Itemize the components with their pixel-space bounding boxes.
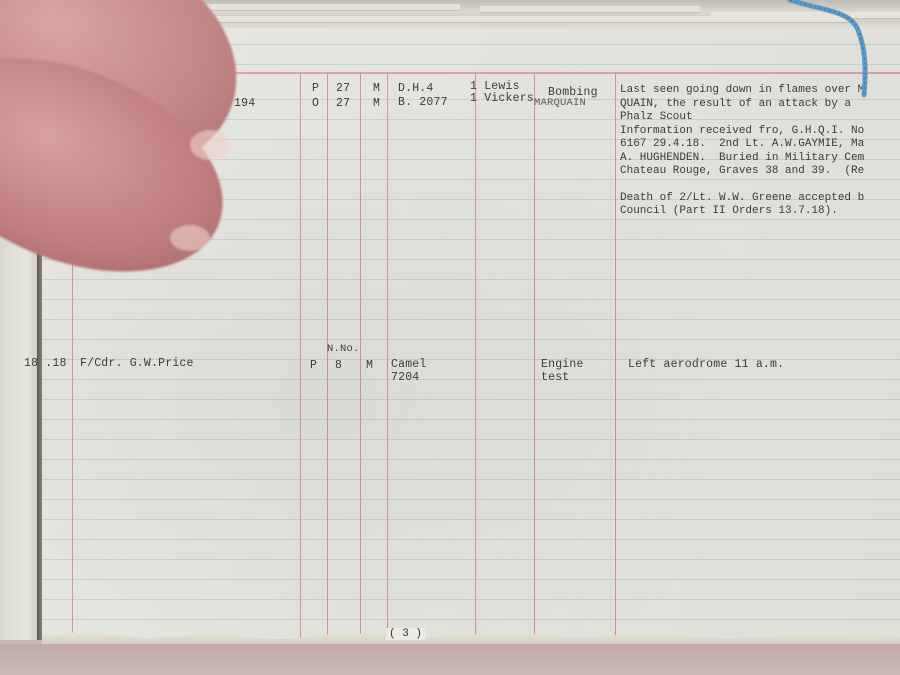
entry-remarks: Last seen going down in flames over M QU… — [620, 84, 900, 219]
entry-status: M — [373, 82, 380, 95]
entry-squadron-label: N.No. — [327, 343, 360, 356]
fingernail — [170, 225, 210, 251]
entry-name: F/Cdr. G.W.Price — [80, 357, 194, 370]
entry-status: M — [366, 359, 373, 372]
binding-string — [780, 0, 880, 100]
page-number: ( 3 ) — [386, 628, 425, 640]
column-rule-code — [300, 74, 301, 643]
entry-code: O — [312, 97, 319, 110]
entry-squadron: 27 — [336, 97, 350, 110]
column-rule-machine — [387, 74, 388, 643]
entry-machine-type: Camel — [391, 358, 427, 371]
entry-machine-serial: 7204 — [391, 371, 419, 384]
entry-status: M — [373, 97, 380, 110]
remark-line: 6167 29.4.18. 2nd Lt. A.W.GAYMIE, Ma — [620, 138, 900, 152]
column-rule-armament — [475, 74, 476, 643]
entry-squadron: 27 — [336, 82, 350, 95]
fingernail — [190, 130, 230, 160]
entry-code: P — [310, 359, 317, 372]
remark-line: Council (Part II Orders 13.7.18). — [620, 205, 900, 219]
entry-code: P — [312, 82, 319, 95]
underlying-sheet — [0, 644, 900, 675]
entry-squadron: 8 — [335, 359, 342, 372]
entry-serial: 194 — [234, 97, 255, 110]
entry-machine: B. 2077 — [398, 96, 448, 109]
column-rule-remarks — [615, 74, 616, 643]
entry-location: MARQUAIN — [534, 97, 586, 110]
entry-date: 18 .18 — [24, 357, 67, 370]
entry-armament: 1 Vickers — [470, 92, 534, 105]
entry-duty: test — [541, 371, 569, 384]
column-rule-status — [360, 74, 361, 643]
column-rule-squadron — [327, 74, 328, 643]
remark-line: A. HUGHENDEN. Buried in Military Cem — [620, 152, 900, 166]
column-rule-duty — [534, 74, 535, 643]
entry-machine: D.H.4 — [398, 82, 434, 95]
remark-line: Chateau Rouge, Graves 38 and 39. (Re — [620, 165, 900, 179]
entry-remarks: Left aerodrome 11 a.m. — [628, 358, 784, 371]
remark-line: Death of 2/Lt. W.W. Greene accepted b — [620, 192, 900, 206]
entry-duty: Engine — [541, 358, 584, 371]
remark-line: Information received fro, G.H.Q.I. No — [620, 125, 900, 139]
remark-line: Phalz Scout — [620, 111, 900, 125]
